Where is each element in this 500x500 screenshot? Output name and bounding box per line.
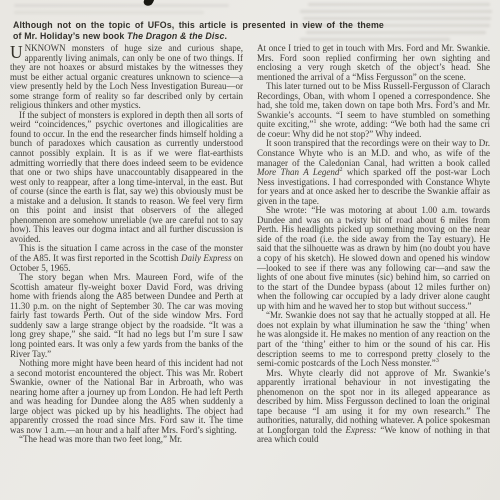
page-showthrough: [300, 10, 492, 13]
paragraph: At once I tried to get in touch with Mrs…: [257, 44, 490, 82]
text-run: Daily Express: [181, 253, 232, 263]
column-left: UNKNOWN monsters of huge size and curiou…: [10, 44, 243, 445]
intro-note-line: of Mr. Holiday’s new book The Dragon & t…: [13, 31, 453, 42]
drop-cap: U: [10, 44, 25, 60]
article-intro-note: Although not on the topic of UFOs, this …: [13, 20, 453, 41]
text-run: If the subject of monsters is explored i…: [10, 110, 243, 244]
scanned-article-page: Although not on the topic of UFOs, this …: [0, 0, 500, 500]
paragraph: If the subject of monsters is explored i…: [10, 111, 243, 245]
text-run: Nothing more might have been heard of th…: [10, 358, 243, 435]
article-body: UNKNOWN monsters of huge size and curiou…: [10, 44, 490, 445]
intro-note-line: Although not on the topic of UFOs, this …: [13, 20, 453, 31]
text-run: The story began when Mrs. Maureen Ford, …: [10, 272, 243, 358]
page-showthrough: [14, 11, 204, 14]
text-run: The Dragon & the Disc: [127, 31, 225, 41]
text-run: “The head was more than two feet long,” …: [19, 434, 182, 444]
text-run: Although not on the topic of UFOs, this …: [13, 20, 384, 30]
paragraph: It soon transpired that the recordings w…: [257, 139, 490, 206]
paragraph: “The head was more than two feet long,” …: [10, 435, 243, 445]
text-run: At once I tried to get in touch with Mrs…: [257, 43, 490, 82]
text-run: She wrote: “He was motoring at about 1.0…: [257, 205, 490, 310]
paragraph: “Mr. Swankie does not say that he actual…: [257, 311, 490, 368]
page-showthrough: [14, 4, 229, 7]
column-right: At once I tried to get in touch with Mrs…: [257, 44, 490, 445]
text-run: It soon transpired that the recordings w…: [257, 138, 490, 167]
text-run: NKNOWN monsters of huge size and curious…: [10, 43, 243, 110]
page-showthrough: [308, 3, 490, 6]
text-run: .: [225, 31, 228, 41]
paragraph: This later turned out to be Miss Russell…: [257, 82, 490, 139]
paragraph: Mrs. Whyte clearly did not approve of Mr…: [257, 369, 490, 445]
paragraph: This is the situation I came across in t…: [10, 244, 243, 273]
text-run: “Mr. Swankie does not say that he actual…: [257, 310, 490, 368]
text-run: More Than A Legend: [257, 167, 339, 177]
paragraph: She wrote: “He was motoring at about 1.0…: [257, 206, 490, 311]
text-run: Express:: [346, 425, 377, 435]
paragraph: The story began when Mrs. Maureen Ford, …: [10, 273, 243, 359]
paragraph: UNKNOWN monsters of huge size and curiou…: [10, 44, 243, 111]
paragraph: Nothing more might have been heard of th…: [10, 359, 243, 435]
text-run: 3: [436, 357, 439, 364]
text-run: of Mr. Holiday’s new book: [13, 31, 127, 41]
